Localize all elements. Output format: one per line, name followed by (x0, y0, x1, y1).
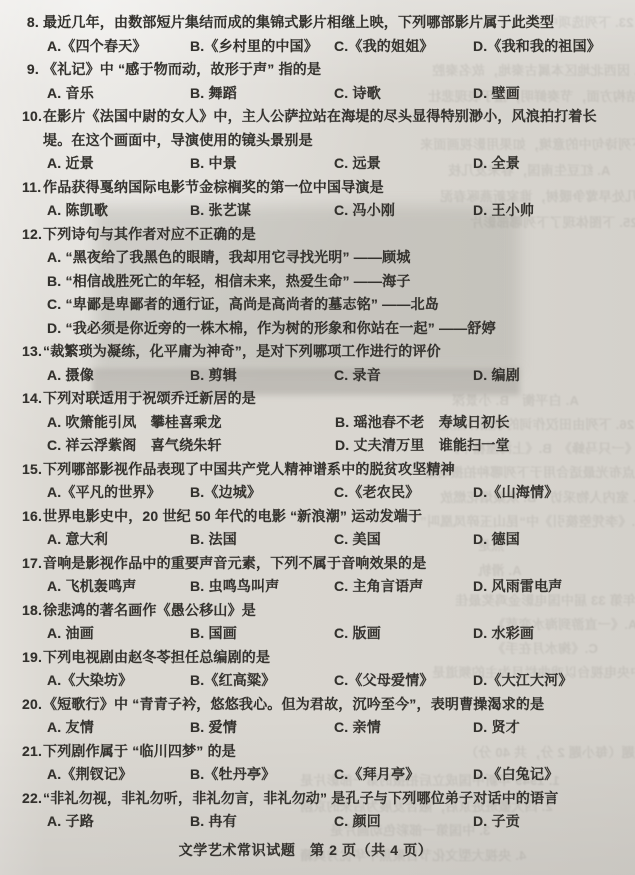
options-row: A. 陈凯歌B. 张艺谋C. 冯小刚D. 王小帅 (47, 199, 623, 223)
question-text: 《短歌行》中 “青青子衿，悠悠我心。但为君故，沉吟至今”，表明曹操渴求的是 (43, 696, 544, 712)
option-D: D.《我和我的祖国》 (473, 35, 623, 59)
question-8: 8.最近几年，由数部短片集结而成的集锦式影片相继上映，下列哪部影片属于此类型A.… (22, 11, 623, 58)
question-number: 9. (22, 58, 39, 82)
option-C: C. “卑鄙是卑鄙者的通行证，高尚是高尚者的墓志铭” ——北岛 (47, 293, 623, 317)
option-B: B. 瑶池春不老 寿域日初长 (335, 411, 623, 435)
options-row: A. 音乐B. 舞蹈C. 诗歌D. 壁画 (47, 82, 623, 106)
question-stem: 21.下列剧作属于 “临川四梦” 的是 (22, 740, 623, 764)
question-14: 14.下列对联适用于祝颂乔迁新居的是A. 吹箫能引凤 攀桂喜乘龙B. 瑶池春不老… (22, 387, 623, 458)
question-text: 在影片《法国中尉的女人》中，主人公萨拉站在海堤的尽头显得特别渺小，风浪拍打着长堤… (43, 108, 597, 148)
question-stem: 15.下列哪部影视作品表现了中国共产党人精神谱系中的脱贫攻坚精神 (22, 458, 623, 482)
question-17: 17.音响是影视作品中的重要声音元素，下列不属于音响效果的是A. 飞机轰鸣声B.… (22, 552, 623, 599)
question-number: 15. (22, 458, 39, 482)
options-row: A. 意大利B. 法国C. 美国D. 德国 (47, 528, 623, 552)
question-number: 18. (22, 599, 39, 623)
option-D: D. “我必须是你近旁的一株木棉，作为树的形象和你站在一起” ——舒婷 (47, 317, 623, 341)
option-C: C. 版画 (334, 622, 473, 646)
question-number: 20. (22, 693, 39, 717)
option-C: C.《拜月亭》 (334, 763, 473, 787)
question-22: 22.“非礼勿视，非礼勿听，非礼勿言，非礼勿动” 是孔子与下列哪位弟子对话中的语… (22, 787, 623, 834)
question-10: 10.在影片《法国中尉的女人》中，主人公萨拉站在海堤的尽头显得特别渺小，风浪拍打… (22, 105, 623, 176)
option-A: A. 油画 (47, 622, 190, 646)
option-C: C. 主角言语声 (334, 575, 473, 599)
question-11: 11.作品获得戛纳国际电影节金棕榈奖的第一位中国导演是A. 陈凯歌B. 张艺谋C… (22, 176, 623, 223)
question-text: 下列电视剧由赵冬苓担任总编剧的是 (43, 649, 270, 665)
question-19: 19.下列电视剧由赵冬苓担任总编剧的是A.《大染坊》B.《红高粱》C.《父母爱情… (22, 646, 623, 693)
options-row: A. “黑夜给了我黑色的眼睛，我却用它寻找光明” ——顾城B. “相信战胜死亡的… (47, 246, 623, 340)
question-text: 下列对联适用于祝颂乔迁新居的是 (43, 390, 256, 406)
option-C: C. 亲情 (334, 716, 473, 740)
options-row: A.《大染坊》B.《红高粱》C.《父母爱情》D.《大江大河》 (47, 669, 623, 693)
question-text: 下列剧作属于 “临川四梦” 的是 (43, 743, 236, 759)
option-A: A. 吹箫能引凤 攀桂喜乘龙 (47, 411, 335, 435)
question-number: 10. (22, 105, 39, 129)
options-row: A. 油画B. 国画C. 版画D. 水彩画 (47, 622, 623, 646)
option-C: C. 远景 (334, 152, 473, 176)
question-number: 13. (22, 340, 39, 364)
option-C: C.《老农民》 (334, 481, 473, 505)
option-A: A. 近景 (47, 152, 190, 176)
question-stem: 8.最近几年，由数部短片集结而成的集锦式影片相继上映，下列哪部影片属于此类型 (22, 11, 623, 35)
option-C: C. 诗歌 (334, 82, 473, 106)
option-D: D. 壁画 (473, 82, 623, 106)
options-row: A. 子路B. 冉有C. 颜回D. 子贡 (47, 810, 623, 834)
option-D: D. 水彩画 (473, 622, 623, 646)
option-D: D. 子贡 (473, 810, 623, 834)
question-stem: 13.“裁繁琐为凝练，化平庸为神奇”，是对下列哪项工作进行的评价 (22, 340, 623, 364)
option-A: A. 意大利 (47, 528, 190, 552)
options-row: A.《四个春天》B.《乡村里的中国》C.《我的姐姐》D.《我和我的祖国》 (47, 35, 623, 59)
option-D: D. 编剧 (473, 364, 623, 388)
option-B: B.《红高粱》 (190, 669, 334, 693)
question-21: 21.下列剧作属于 “临川四梦” 的是A.《荆钗记》B.《牡丹亭》C.《拜月亭》… (22, 740, 623, 787)
option-B: B.《乡村里的中国》 (190, 35, 334, 59)
options-row: A. 友情B. 爱情C. 亲情D. 贤才 (47, 716, 623, 740)
question-text: 最近几年，由数部短片集结而成的集锦式影片相继上映，下列哪部影片属于此类型 (43, 14, 554, 30)
option-D: D. 风雨雷电声 (473, 575, 623, 599)
option-C: C.《父母爱情》 (334, 669, 473, 693)
option-D: D. 德国 (473, 528, 623, 552)
question-15: 15.下列哪部影视作品表现了中国共产党人精神谱系中的脱贫攻坚精神A.《平凡的世界… (22, 458, 623, 505)
option-A: A.《四个春天》 (47, 35, 190, 59)
option-C: C. 祥云浮紫阁 喜气绕朱轩 (47, 434, 335, 458)
option-B: B.《牡丹亭》 (190, 763, 334, 787)
question-number: 8. (22, 11, 39, 35)
question-number: 22. (22, 787, 39, 811)
options-row: A. 飞机轰鸣声B. 虫鸣鸟叫声C. 主角言语声D. 风雨雷电声 (47, 575, 623, 599)
question-text: “非礼勿视，非礼勿听，非礼勿言，非礼勿动” 是孔子与下列哪位弟子对话中的语言 (43, 790, 559, 806)
question-stem: 11.作品获得戛纳国际电影节金棕榈奖的第一位中国导演是 (22, 176, 623, 200)
option-C: C. 美国 (334, 528, 473, 552)
option-D: D. 全景 (473, 152, 623, 176)
option-C: C.《我的姐姐》 (334, 35, 473, 59)
question-number: 19. (22, 646, 39, 670)
option-D: D. 丈夫清万里 谁能扫一堂 (335, 434, 623, 458)
question-12: 12.下列诗句与其作者对应不正确的是A. “黑夜给了我黑色的眼睛，我却用它寻找光… (22, 223, 623, 341)
option-A: A. 摄像 (47, 364, 190, 388)
question-text: 世界电影史中，20 世纪 50 年代的电影 “新浪潮” 运动发端于 (43, 508, 422, 524)
option-C: C. 录音 (334, 364, 473, 388)
options-row: A.《平凡的世界》B.《边城》C.《老农民》D.《山海情》 (47, 481, 623, 505)
option-D: D. 王小帅 (473, 199, 623, 223)
question-13: 13.“裁繁琐为凝练，化平庸为神奇”，是对下列哪项工作进行的评价A. 摄像B. … (22, 340, 623, 387)
question-text: 作品获得戛纳国际电影节金棕榈奖的第一位中国导演是 (43, 179, 384, 195)
question-text: 下列哪部影视作品表现了中国共产党人精神谱系中的脱贫攻坚精神 (43, 461, 455, 477)
question-number: 12. (22, 223, 39, 247)
question-number: 11. (22, 176, 39, 200)
question-20: 20.《短歌行》中 “青青子衿，悠悠我心。但为君故，沉吟至今”，表明曹操渴求的是… (22, 693, 623, 740)
option-A: A. 友情 (47, 716, 190, 740)
question-16: 16.世界电影史中，20 世纪 50 年代的电影 “新浪潮” 运动发端于A. 意… (22, 505, 623, 552)
question-18: 18.徐悲鸿的著名画作《愚公移山》是A. 油画B. 国画C. 版画D. 水彩画 (22, 599, 623, 646)
question-text: 徐悲鸿的著名画作《愚公移山》是 (43, 602, 256, 618)
option-D: D.《白兔记》 (473, 763, 623, 787)
scanned-exam-page: 23. 下列选项中B. 因西北地区本属古秦地，故名秦腔C. 音乐结构方面，节奏鲜… (0, 0, 635, 875)
question-number: 16. (22, 505, 39, 529)
question-list: 8.最近几年，由数部短片集结而成的集锦式影片相继上映，下列哪部影片属于此类型A.… (22, 11, 623, 834)
question-stem: 22.“非礼勿视，非礼勿听，非礼勿言，非礼勿动” 是孔子与下列哪位弟子对话中的语… (22, 787, 623, 811)
question-text: 下列诗句与其作者对应不正确的是 (43, 226, 256, 242)
question-stem: 10.在影片《法国中尉的女人》中，主人公萨拉站在海堤的尽头显得特别渺小，风浪拍打… (22, 105, 623, 152)
option-C: C. 颜回 (334, 810, 473, 834)
question-text: 音响是影视作品中的重要声音元素，下列不属于音响效果的是 (43, 555, 426, 571)
option-D: D. 贤才 (473, 716, 623, 740)
option-B: B.《边城》 (190, 481, 334, 505)
question-stem: 18.徐悲鸿的著名画作《愚公移山》是 (22, 599, 623, 623)
option-B: B. 舞蹈 (190, 82, 334, 106)
option-D: D.《大江大河》 (473, 669, 623, 693)
options-row: A.《荆钗记》B.《牡丹亭》C.《拜月亭》D.《白兔记》 (47, 763, 623, 787)
option-B: B. “相信战胜死亡的年轻，相信未来，热爱生命” ——海子 (47, 270, 623, 294)
option-B: B. 冉有 (190, 810, 334, 834)
question-number: 17. (22, 552, 39, 576)
question-stem: 16.世界电影史中，20 世纪 50 年代的电影 “新浪潮” 运动发端于 (22, 505, 623, 529)
question-stem: 12.下列诗句与其作者对应不正确的是 (22, 223, 623, 247)
question-number: 21. (22, 740, 39, 764)
option-A: A.《平凡的世界》 (47, 481, 190, 505)
options-row: A. 摄像B. 剪辑C. 录音D. 编剧 (47, 364, 623, 388)
option-B: B. 剪辑 (190, 364, 334, 388)
option-A: A. 子路 (47, 810, 190, 834)
question-stem: 20.《短歌行》中 “青青子衿，悠悠我心。但为君故，沉吟至今”，表明曹操渴求的是 (22, 693, 623, 717)
question-stem: 14.下列对联适用于祝颂乔迁新居的是 (22, 387, 623, 411)
option-D: D.《山海情》 (473, 481, 623, 505)
option-A: A.《荆钗记》 (47, 763, 190, 787)
option-A: A. 陈凯歌 (47, 199, 190, 223)
options-row: A. 近景B. 中景C. 远景D. 全景 (47, 152, 623, 176)
question-number: 14. (22, 387, 39, 411)
question-stem: 9.《礼记》中 “感于物而动，故形于声” 指的是 (22, 58, 623, 82)
option-A: A. “黑夜给了我黑色的眼睛，我却用它寻找光明” ——顾城 (47, 246, 623, 270)
question-text: 《礼记》中 “感于物而动，故形于声” 指的是 (43, 61, 321, 77)
option-A: A. 音乐 (47, 82, 190, 106)
option-A: A. 飞机轰鸣声 (47, 575, 190, 599)
option-C: C. 冯小刚 (334, 199, 473, 223)
page-footer: 文学艺术常识试题 第 2 页（共 4 页） (0, 840, 611, 860)
option-B: B. 国画 (190, 622, 334, 646)
question-9: 9.《礼记》中 “感于物而动，故形于声” 指的是A. 音乐B. 舞蹈C. 诗歌D… (22, 58, 623, 105)
option-B: B. 法国 (190, 528, 334, 552)
option-B: B. 虫鸣鸟叫声 (190, 575, 334, 599)
question-stem: 19.下列电视剧由赵冬苓担任总编剧的是 (22, 646, 623, 670)
options-row: A. 吹箫能引凤 攀桂喜乘龙B. 瑶池春不老 寿域日初长C. 祥云浮紫阁 喜气绕… (47, 411, 623, 458)
option-B: B. 张艺谋 (190, 199, 334, 223)
option-B: B. 中景 (190, 152, 334, 176)
option-B: B. 爱情 (190, 716, 334, 740)
question-stem: 17.音响是影视作品中的重要声音元素，下列不属于音响效果的是 (22, 552, 623, 576)
option-A: A.《大染坊》 (47, 669, 190, 693)
question-text: “裁繁琐为凝练，化平庸为神奇”，是对下列哪项工作进行的评价 (43, 343, 441, 359)
